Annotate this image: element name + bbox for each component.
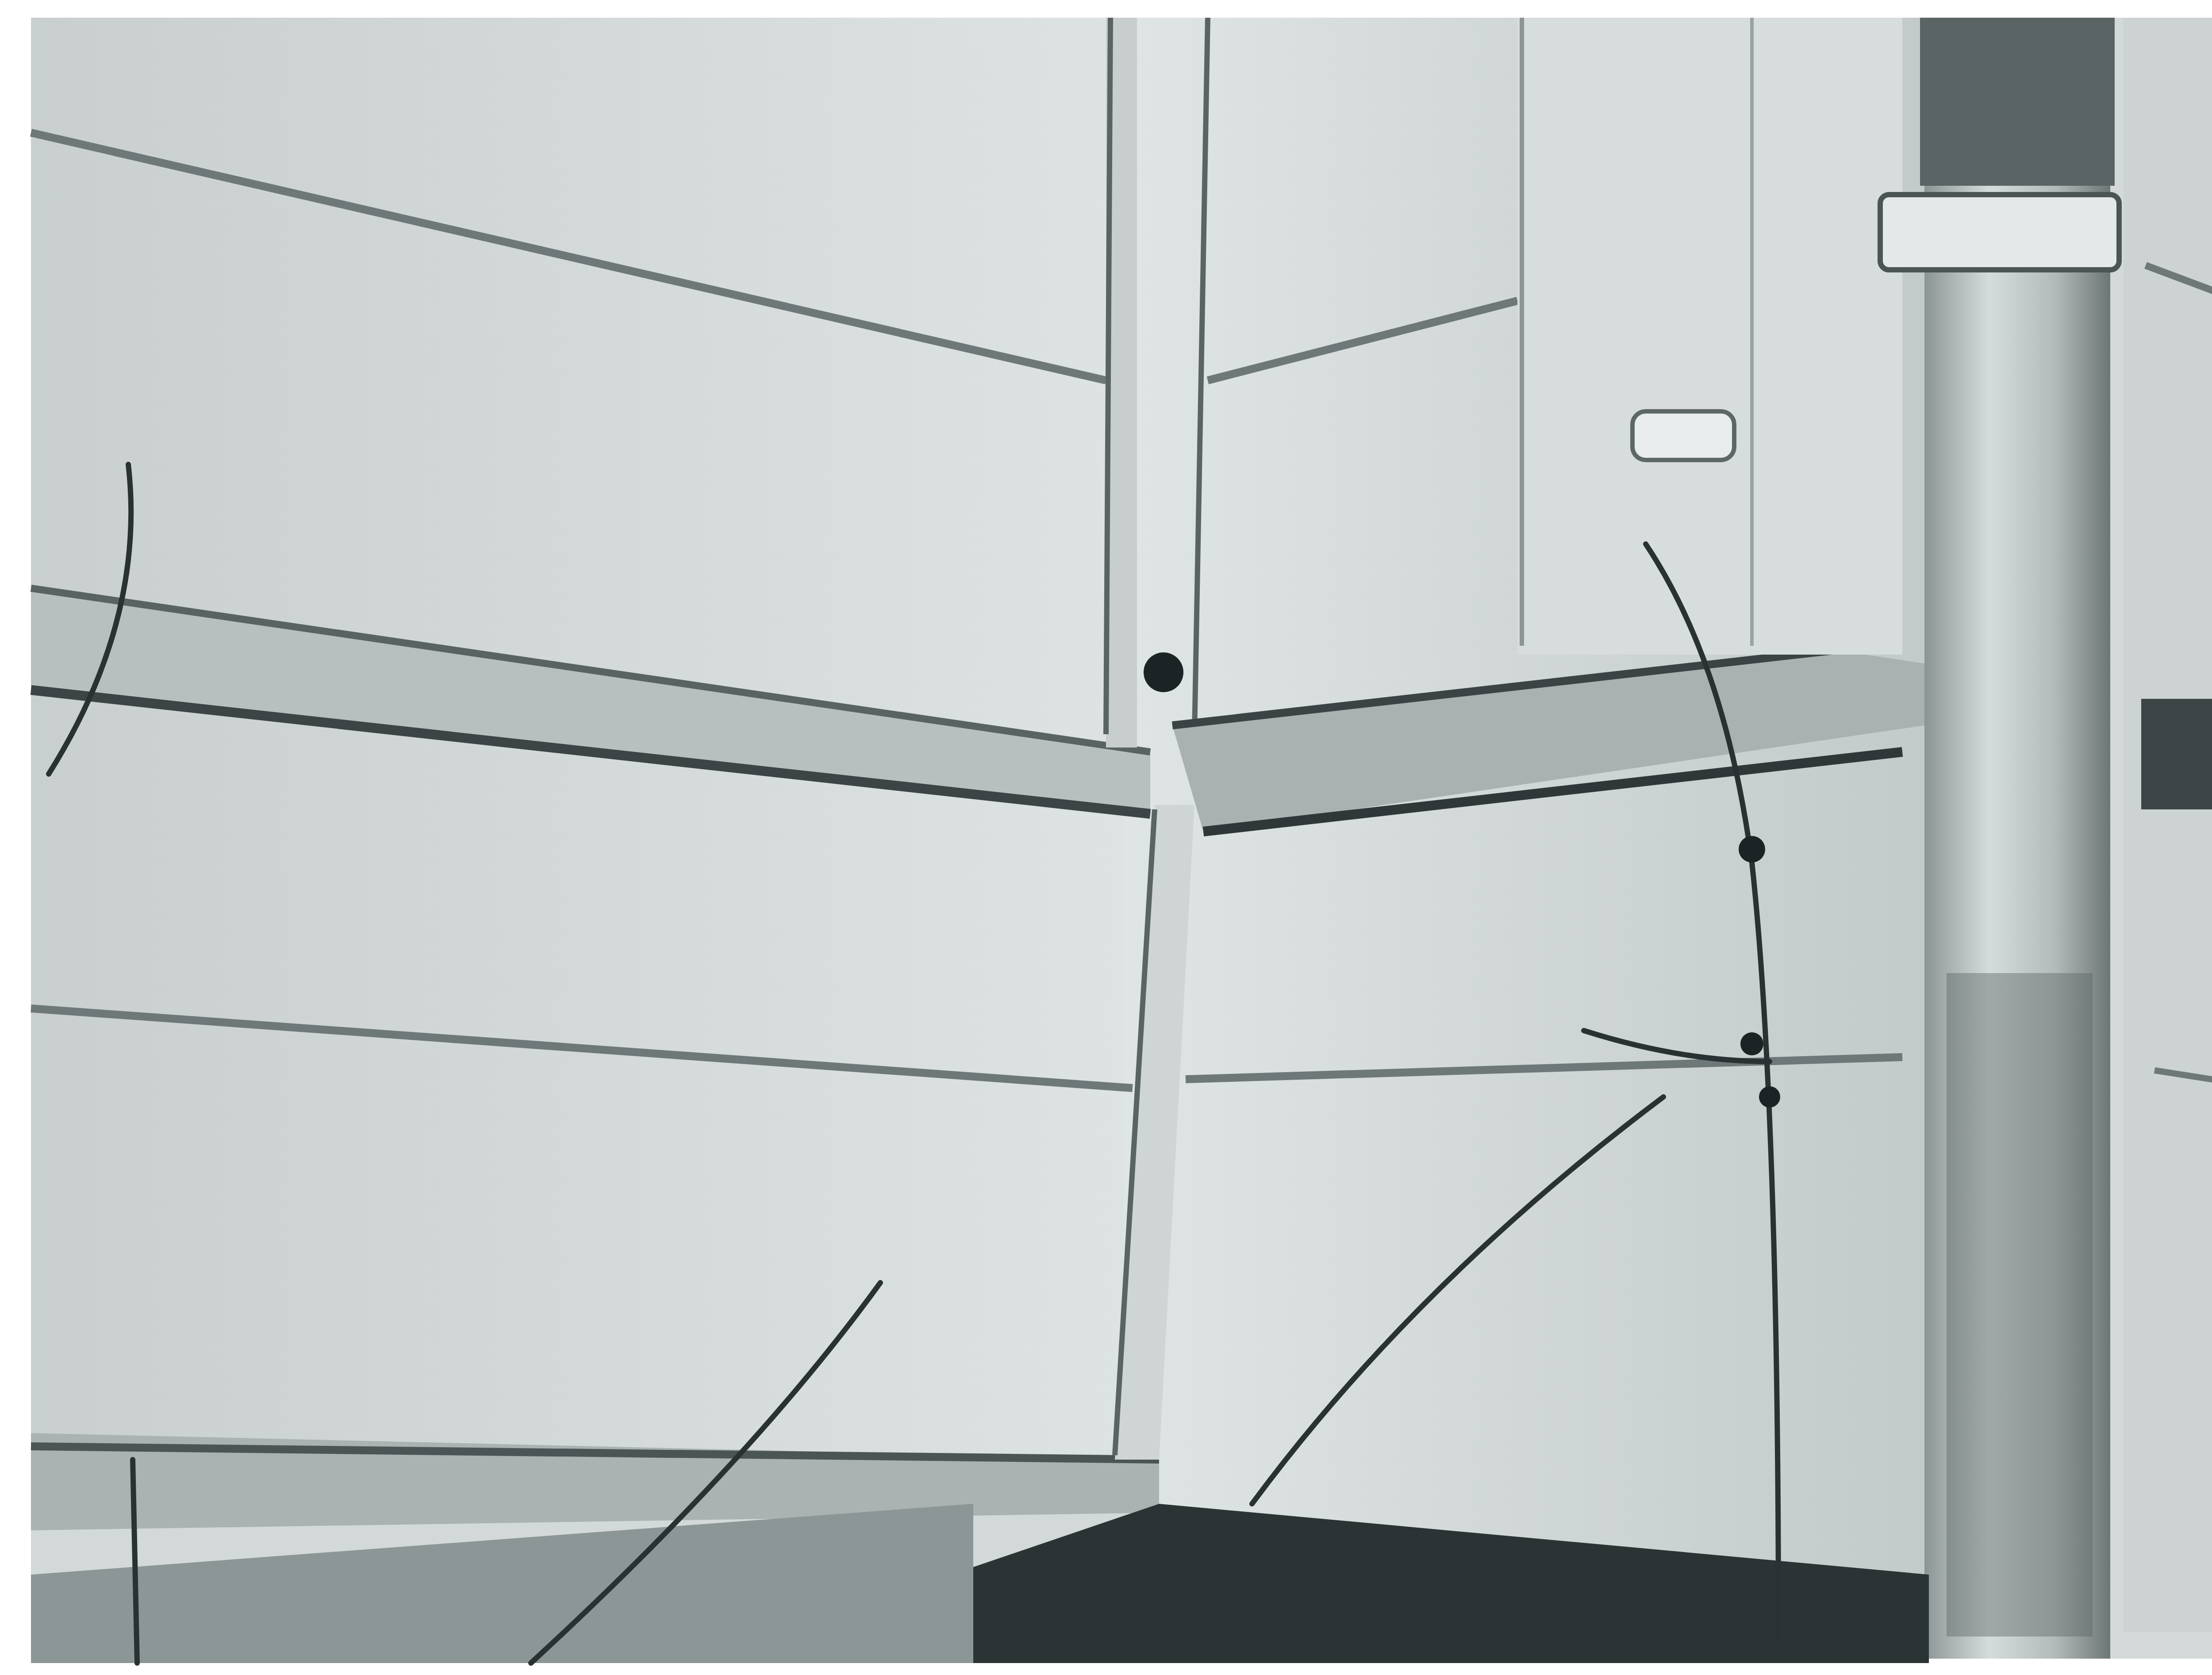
- building-corner-photo: [0, 0, 2212, 1675]
- far-wall: [2124, 18, 2212, 1632]
- pipe-strap: [1880, 195, 2119, 270]
- photo-area: [31, 18, 2212, 1663]
